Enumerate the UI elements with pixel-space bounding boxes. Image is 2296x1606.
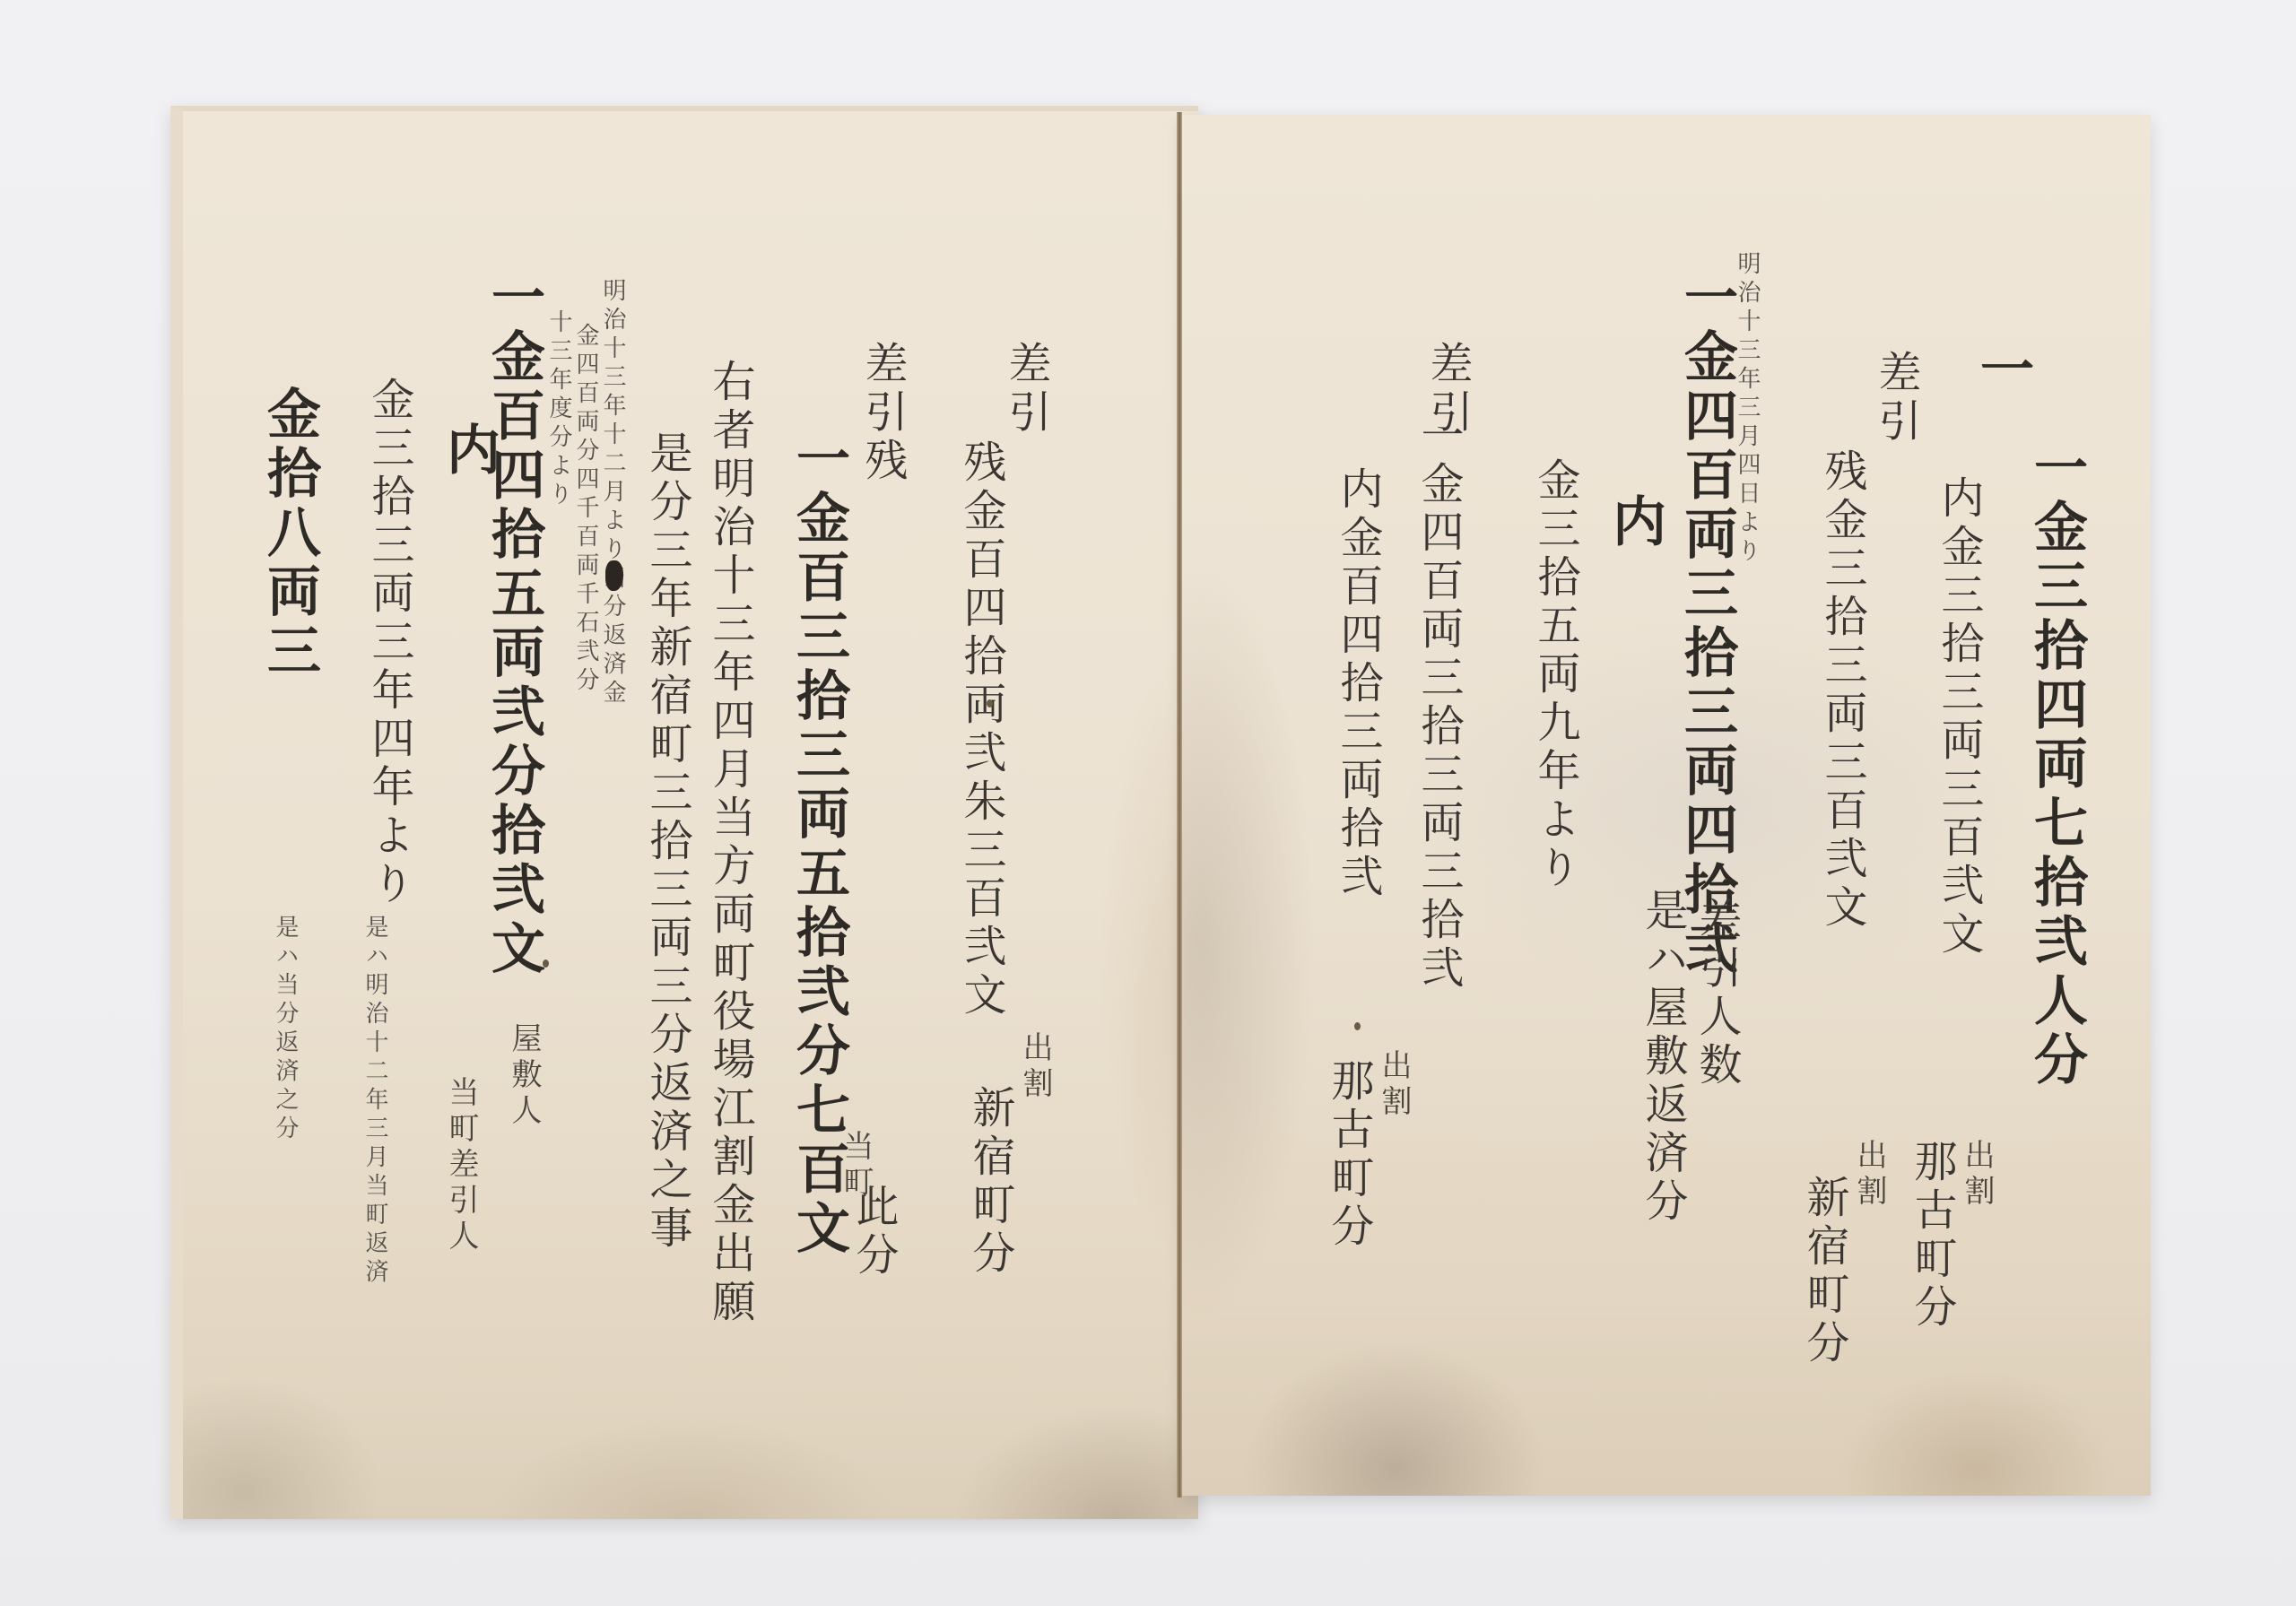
- text-column: 差引人数: [1686, 897, 1748, 1090]
- text-column: 一金三拾四両七拾弐人分: [2018, 439, 2095, 1090]
- text-column: 那古町分: [1901, 1139, 1963, 1333]
- stain: [1354, 1022, 1361, 1030]
- text-column: 是分三年新宿町三拾三両三分返済之事: [637, 430, 699, 1254]
- stain: [987, 699, 993, 708]
- text-column: 残金百四拾両弐朱三百弐文: [951, 439, 1013, 1020]
- text-column: 差引: [996, 341, 1057, 438]
- book-spine: [1177, 112, 1182, 1497]
- text-column: 屋敷人: [502, 1022, 546, 1130]
- text-column: 差引残: [852, 341, 914, 486]
- stain: [543, 959, 549, 968]
- text-column: 一金四百両三拾三両四拾弐: [1668, 269, 1745, 979]
- text-column: 一: [1964, 341, 2041, 400]
- text-column: 此分: [843, 1184, 905, 1280]
- text-column: 内: [430, 421, 508, 481]
- text-column: 金拾八両三: [251, 386, 328, 681]
- text-column: 一金百三拾三両五拾弐分七百文: [780, 430, 857, 1259]
- text-column: 差引: [1865, 350, 1927, 447]
- text-column: 金三拾五両九年より: [1525, 457, 1587, 893]
- text-column: 新宿町分: [1794, 1175, 1856, 1368]
- text-column: 金三拾三両三年四年より: [359, 377, 421, 909]
- text-column: 是ハ屋敷返済分: [1632, 888, 1694, 1227]
- text-column: 残金三拾三両三百弐文: [1812, 448, 1874, 933]
- text-column: 右者明治十三年四月当方両町役場江割金出願: [700, 359, 761, 1327]
- text-column: 内: [1596, 493, 1674, 552]
- text-column: 是ハ当分返済之分: [269, 915, 302, 1144]
- text-column: 是ハ明治十二年三月当町返済: [359, 915, 392, 1288]
- text-column: 那古町分: [1318, 1058, 1380, 1252]
- text-column: 当町差引人: [439, 1076, 483, 1255]
- text-column: 一金四百両三拾三両三拾弐: [1408, 412, 1470, 994]
- text-column: 内金百四拾三両拾弐: [1327, 466, 1389, 902]
- text-column: 一金百四拾五両弐分拾弐文: [475, 269, 552, 979]
- text-column: 新宿町分: [960, 1085, 1022, 1279]
- text-column: 内金三拾三両三百弐文: [1928, 475, 1990, 959]
- ink-blot: [605, 560, 623, 591]
